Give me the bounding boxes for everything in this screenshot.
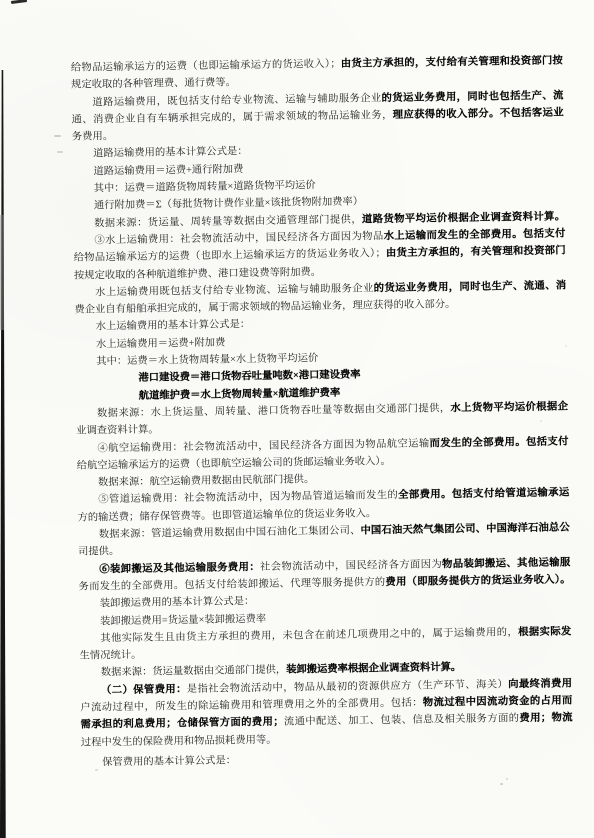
bold-text-segment: 物品装卸搬运、其他运输服	[442, 557, 570, 570]
text-segment: 道路运输费用的基本计算公式是：	[93, 147, 248, 160]
scan-edge-smudge	[0, 215, 4, 330]
text-segment: 业调查资料计算。	[76, 425, 159, 437]
text-segment: 方的输送费；储存保管费等。也即管道运输单位的货运业务收入。	[77, 508, 376, 523]
text-line: 保管费用的基本计算公式是：	[81, 747, 573, 772]
document-text-block: 给物品运输承运方的运费（也即运输承运方的货运收入）；由货主方承担的，支付给有关管…	[71, 52, 574, 771]
text-segment: 给物品运输承运方的运费（也即运输承运方的货运收入）；	[71, 59, 341, 74]
text-segment: 数据来源：货运量、周转量等数据由交通管理部门提供，	[94, 214, 362, 229]
bold-text-segment: 装卸搬运费率根据企业调查资料计算。	[286, 662, 461, 676]
bold-text-segment: 由货主方承担的，支付给有关管理和投资部门按	[341, 55, 563, 69]
text-segment: 其他实际发生且由货主方承担的费用，未包含在前述几项费用之中的，属于运输费用的，	[100, 627, 518, 644]
text-segment: 给航空运输承运方的运费（也即航空运输公司的货邮运输业务收入）。	[77, 456, 391, 472]
text-segment: 务而发生的全部费用。包括支付给装卸搬运、代理等服务提供方的	[78, 577, 385, 593]
text-segment: 水上运输费用的基本计算公式是：	[96, 320, 251, 333]
text-segment: 道路运输费用，既包括支付给专业物流、运输与辅助服务企业	[92, 93, 381, 108]
bold-text-segment: 的货运业务费用，同时也包括生产、流	[382, 90, 564, 104]
bold-text-segment: 物流过程中因流动资金的占用而	[423, 695, 573, 708]
margin-pencil-mark	[57, 151, 63, 153]
bold-text-segment: 水上货物平均运价根据企	[450, 401, 568, 414]
bold-text-segment: 由货主方承担的，有关管理和投资部门	[386, 246, 566, 260]
text-segment: 户流动过程中，所发生的除运输费用和管理费用之外的全部费用。包括：	[80, 698, 423, 714]
text-segment: 生情况统计。	[80, 650, 142, 662]
text-segment: 数据来源：货运量数据由交通部门提供，	[101, 665, 286, 679]
bold-text-segment: 根据实际发	[518, 626, 571, 638]
scanned-document-page: 给物品运输承运方的运费（也即运输承运方的货运收入）；由货主方承担的，支付给有关管…	[0, 0, 594, 838]
margin-pencil-mark	[54, 135, 61, 137]
bold-text-segment: 而发生的全部费用。包括支付	[430, 436, 569, 449]
text-segment: ⑤管道运输费用：社会物流活动中，因为物品管道运输而发生的	[98, 490, 398, 505]
text-segment: 给物品运输承运方的运费（也即水上运输承运方的货运业务收入）；	[74, 248, 386, 264]
bold-text-segment: 中国石油天然气集团公司、中国海洋石油总公	[360, 522, 569, 536]
text-segment: 费企业自有船舶承担完成的，属于需求领域的物品运输业务，理应获得的收入部分。	[74, 299, 455, 316]
text-segment: 装卸搬运费用的基本计算公式是：	[100, 596, 255, 609]
scan-artifact-top-dash	[11, 0, 27, 4]
bold-text-segment: （二）保管费用：	[101, 684, 187, 696]
text-segment: 装卸搬运费用=货运量×装卸搬运费率	[100, 613, 266, 626]
text-segment: 社会物流活动中，国民经济各方面因为	[260, 559, 442, 573]
bold-text-segment: 的货运业务费用，同时也生产、流通、消	[374, 280, 567, 294]
text-segment: 过程中发生的保险费用和物品损耗费用等。	[81, 734, 277, 748]
scan-speck	[506, 778, 508, 780]
text-segment: 流通中配送、加工、包装、信息及相关服务方面的	[284, 713, 520, 727]
text-segment: 保管费用的基本计算公式是：	[102, 755, 236, 768]
bold-text-segment: 水上运输而发生的全部费用。包括支付	[384, 228, 566, 242]
bold-text-segment: 需承担的利息费用；仓储保管方面的费用；	[81, 717, 284, 731]
bold-text-segment: 理应获得的收入部分。不包括客运业	[393, 107, 564, 121]
bold-text-segment: 港口建设费＝港口货物吞吐量吨数×港口建设费率	[138, 370, 360, 384]
text-segment: 务费用。	[72, 131, 113, 143]
scan-speck	[500, 783, 503, 785]
text-segment: 其中：运费＝道路货物周转量×道路货物平均运价	[94, 180, 316, 194]
text-segment: 水上运输费用既包括支付给专业物流、运输与辅助服务企业	[95, 283, 374, 298]
scan-edge-shadow-left	[0, 70, 7, 838]
text-segment: ④航空运输费用：社会物流活动中，国民经济各方面因为物品航空运输	[97, 438, 429, 454]
text-segment: 数据来源：水上货运量、周转量、港口货物吞吐量等数据由交通部门提供，	[97, 403, 451, 419]
text-segment: 司提供。	[78, 546, 119, 558]
text-segment: 规定收取的各种管理费、通行费等。	[71, 78, 236, 91]
text-segment: 是指社会物流活动中，物品从最初的资源供应方（生产环节、海关）	[187, 679, 509, 695]
text-segment: 通行附加费＝Σ（每批货物计费作业量×该批货物附加费率）	[94, 197, 363, 212]
text-segment: 道路运输费用＝运费+通行附加费	[93, 164, 243, 177]
text-segment: ③水上运输费用：社会物流活动中，国民经济各方面因为物品	[94, 231, 383, 246]
bold-text-segment: 费用；物流	[519, 713, 572, 725]
text-segment: 通、消费企业自有车辆承担完成的，属于需求领域的物品运输业务，	[72, 110, 393, 126]
bold-text-segment: 向最终消费用	[508, 678, 572, 690]
bold-text-segment: ⑥装卸搬运及其他运输服务费用：	[99, 562, 260, 575]
bold-text-segment: 道路货物平均运价根据企业调查资料计算。	[362, 211, 565, 225]
text-segment: 水上运输费用＝运费+附加费	[96, 337, 226, 350]
text-segment: 数据来源：管道运输费用数据由中国石油化工集团公司、	[99, 525, 361, 540]
bold-text-segment: 航道维护费＝水上货物周转量×航道维护费率	[139, 387, 341, 401]
bold-text-segment: 全部费用。包括支付给管道运输承运	[398, 488, 569, 502]
text-segment: 其中：运费＝水上货物周转量×水上货物平均运价	[96, 353, 318, 367]
text-segment: 按规定收取的各种航道维护费、港口建设费等附加费。	[74, 267, 321, 282]
bold-text-segment: 费用（即服务提供方的货运业务收入）。	[385, 574, 570, 588]
text-segment: 数据来源：航空运输费用数据由民航部门提供。	[98, 474, 314, 488]
